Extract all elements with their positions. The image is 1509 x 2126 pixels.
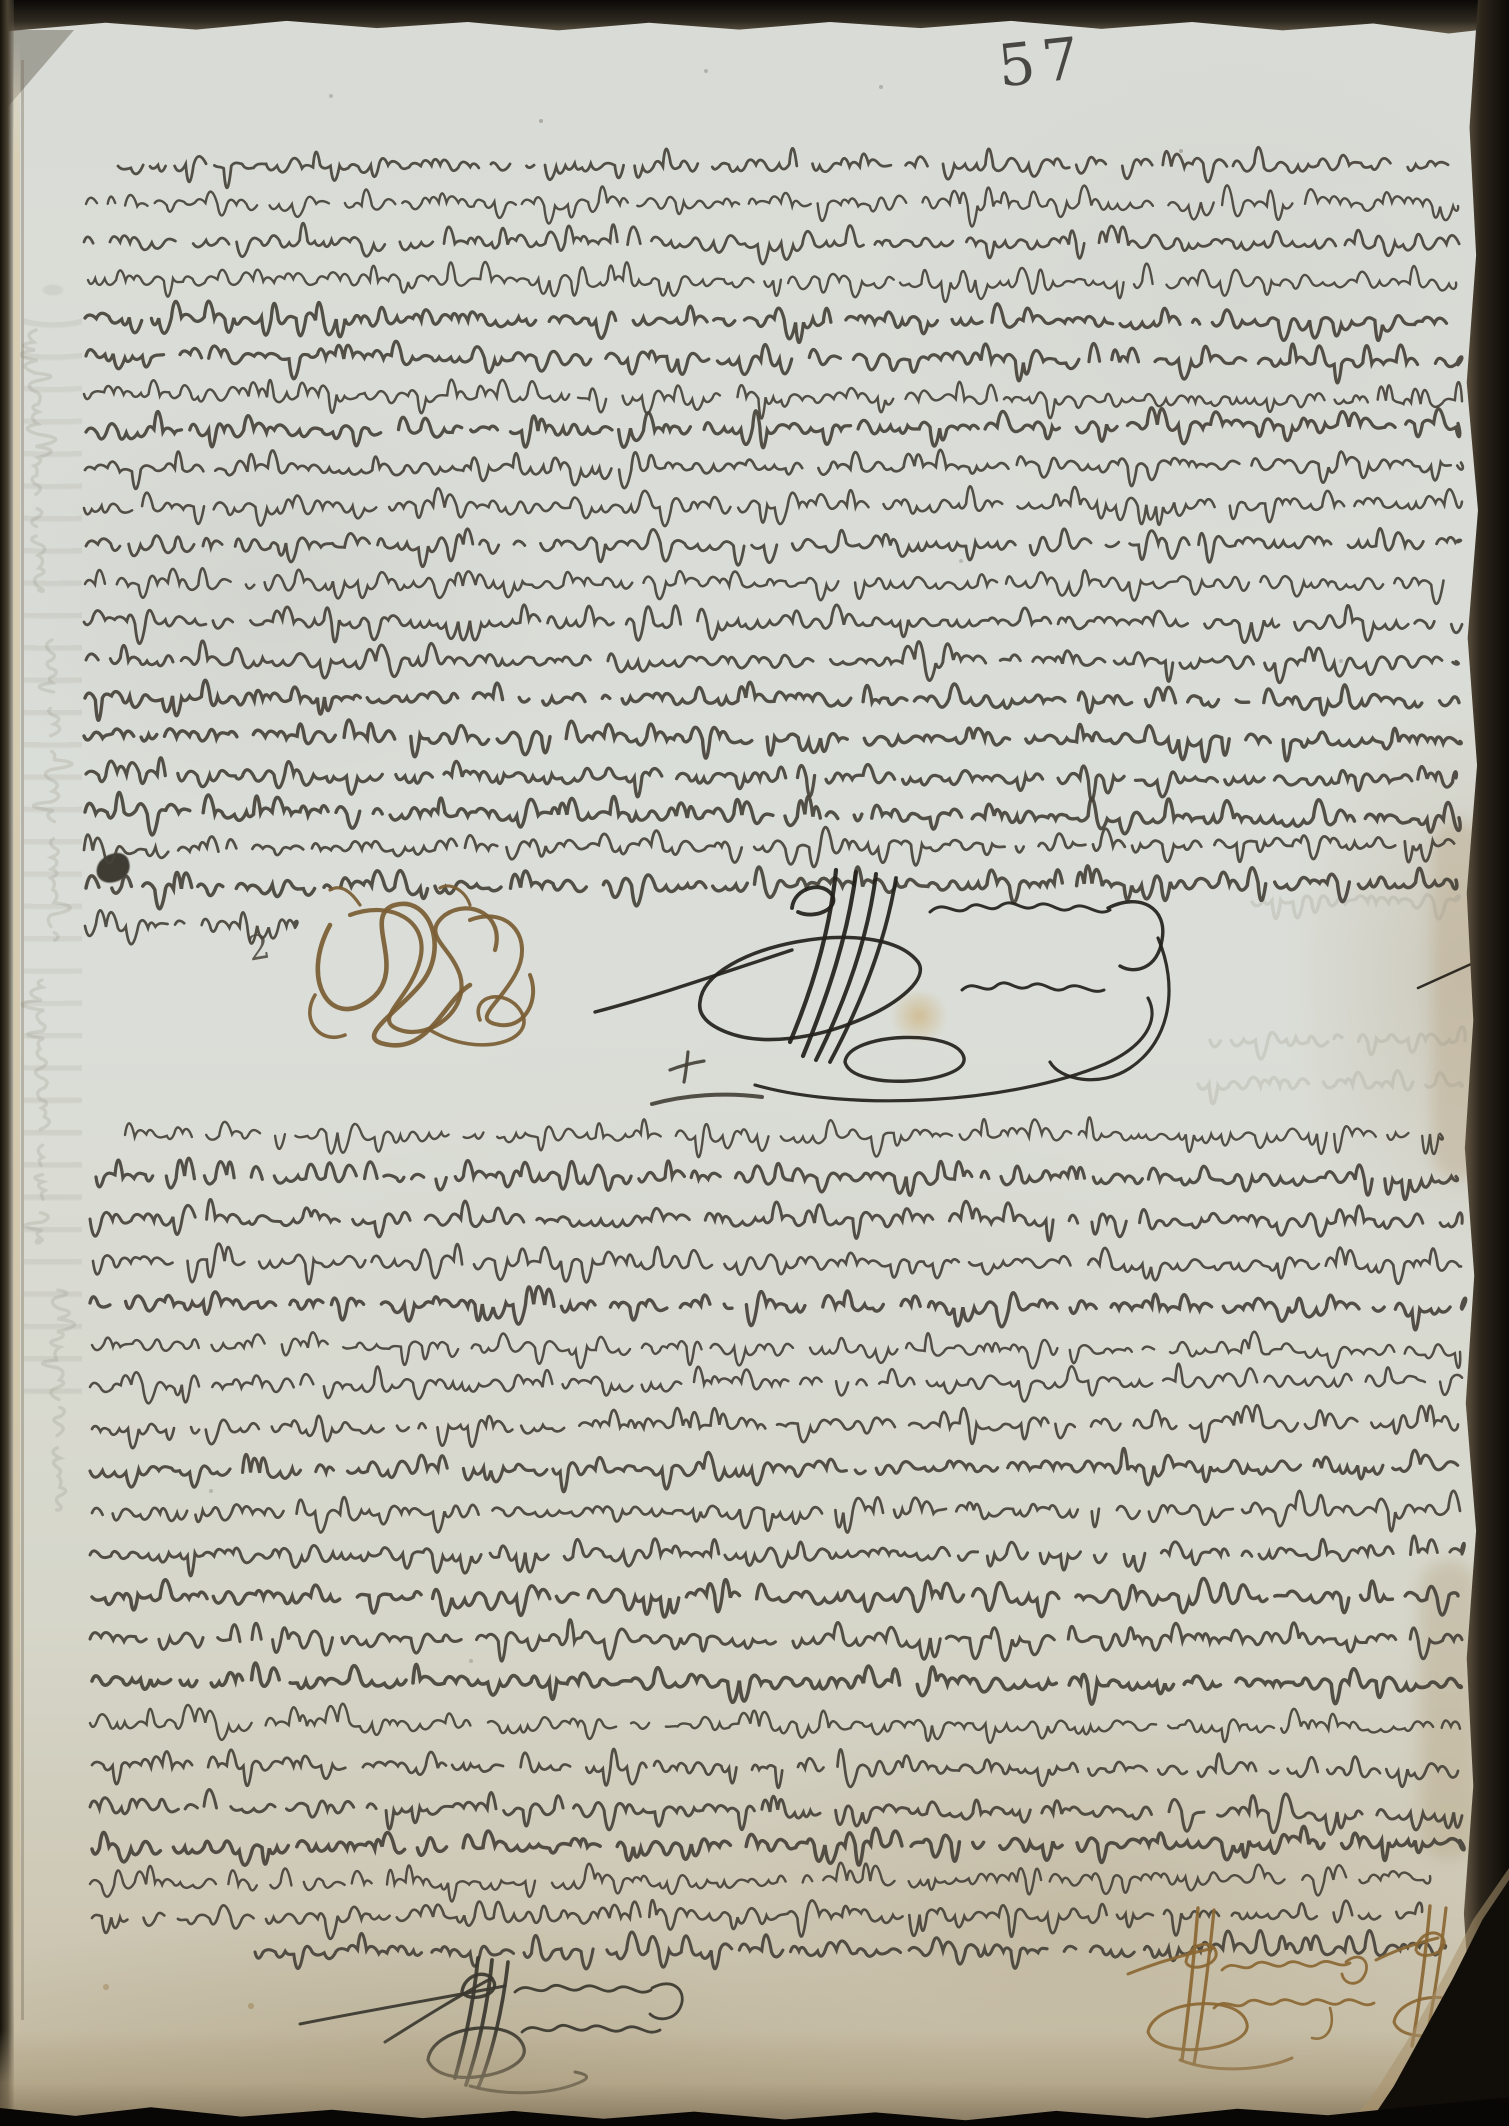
paragraph-1	[84, 147, 1474, 944]
cross-mark	[652, 1052, 762, 1104]
manuscript-scan: 57 2	[0, 0, 1509, 2126]
bleedthrough-lines	[21, 330, 1465, 1510]
notary-signature-bottom-left	[300, 1958, 682, 2093]
notary-signature-center	[595, 870, 1480, 1101]
notary-rubric-brown	[310, 886, 533, 1045]
handwritten-text-layer	[0, 0, 1509, 2126]
folio-number: 57	[995, 24, 1089, 101]
paragraph-2	[90, 1117, 1476, 1969]
